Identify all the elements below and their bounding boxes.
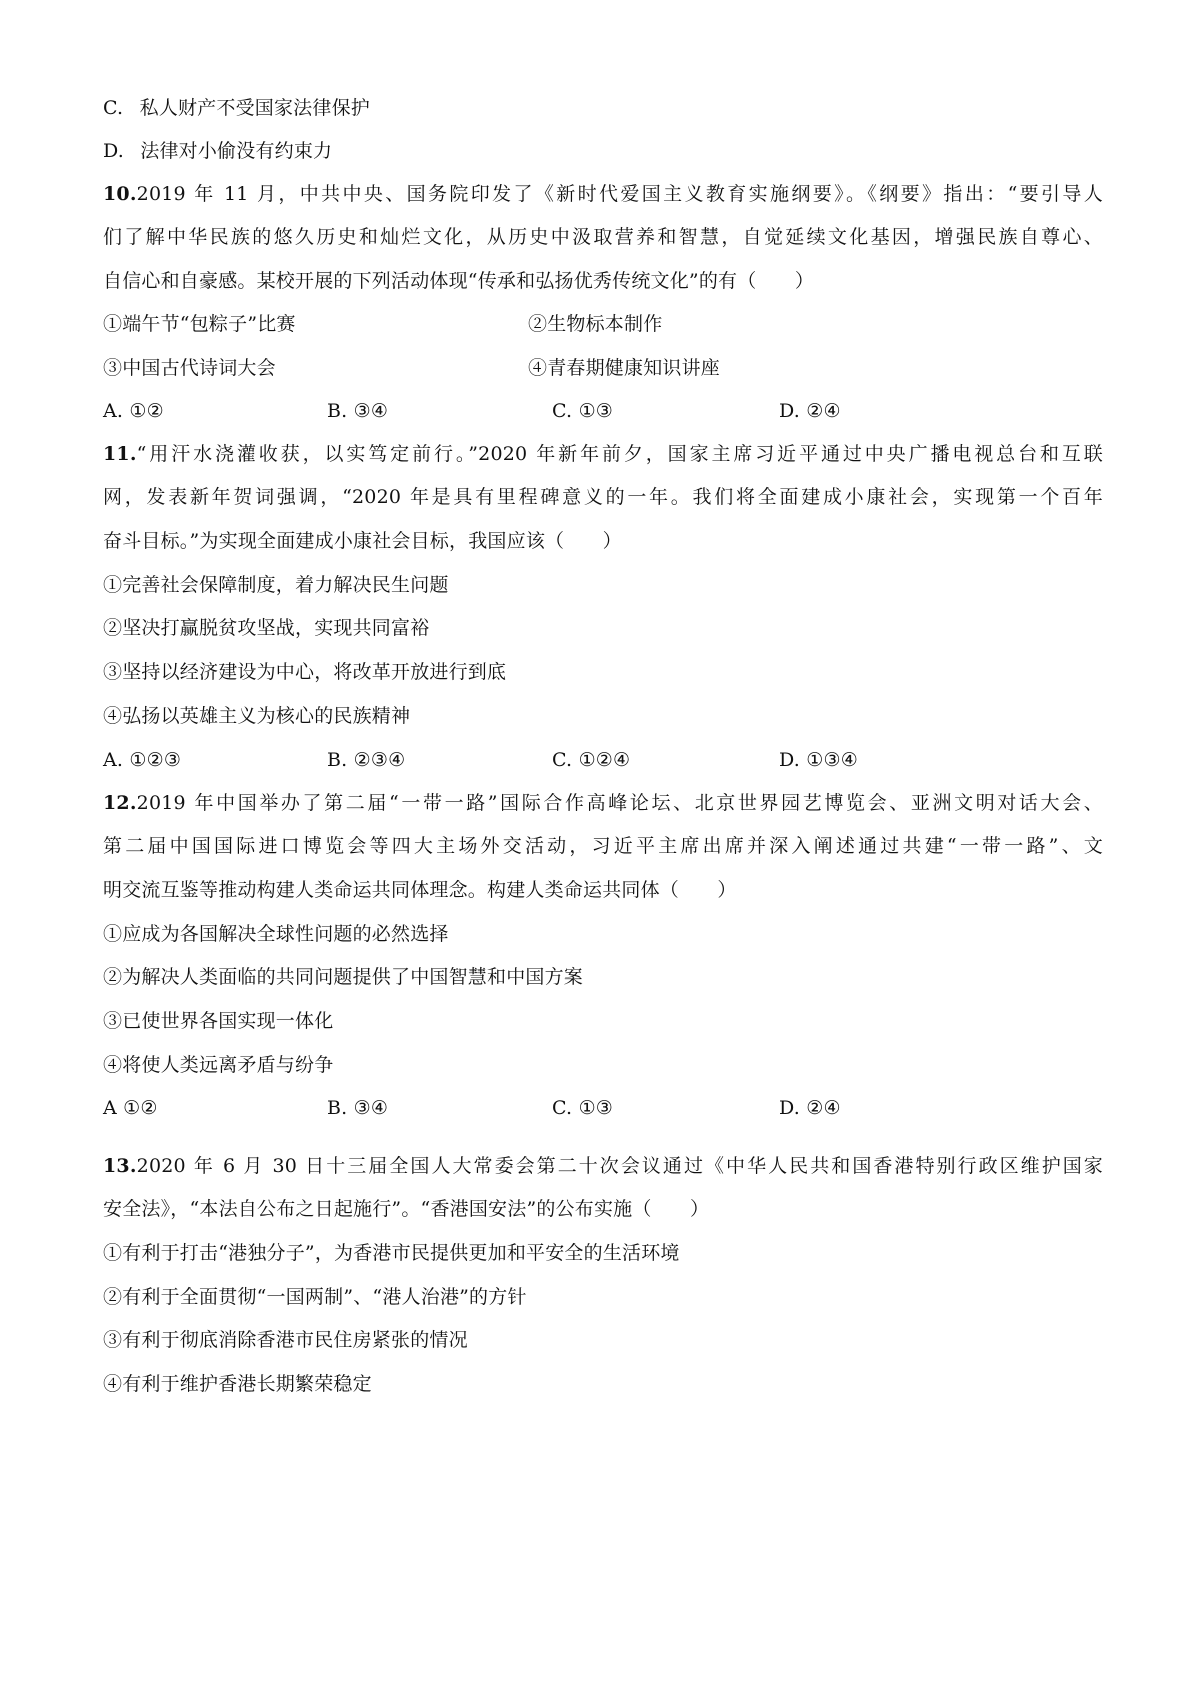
q12-choices: A ①② B. ③④ C. ①③ D. ②④ bbox=[103, 1095, 1103, 1121]
q12-stem-line-1: 12.2019 年中国举办了第二届“一带一路”国际合作高峰论坛、北京世界园艺博览… bbox=[103, 790, 1103, 816]
question-number: 12. bbox=[103, 792, 137, 814]
q11-choice-d[interactable]: D. ①③④ bbox=[779, 747, 858, 773]
q10-stem-line-1: 10.2019 年 11 月，中共中央、国务院印发了《新时代爱国主义教育实施纲要… bbox=[103, 181, 1103, 207]
q12-stem-line-3: 明交流互鉴等推动构建人类命运共同体理念。构建人类命运共同体（ ） bbox=[103, 877, 737, 903]
q12-item-1: ①应成为各国解决全球性问题的必然选择 bbox=[103, 921, 449, 947]
q13-stem-line-2: 安全法》，“本法自公布之日起施行”。“香港国安法”的公布实施（ ） bbox=[103, 1196, 709, 1222]
q10-stem-line-2: 们了解中华民族的悠久历史和灿烂文化，从历史中汲取营养和智慧，自觉延续文化基因，增… bbox=[103, 224, 1103, 250]
question-number: 13. bbox=[103, 1155, 137, 1177]
q10-item-2: ②生物标本制作 bbox=[528, 311, 662, 337]
q13-item-2: ②有利于全面贯彻“一国两制”、“港人治港”的方针 bbox=[103, 1284, 527, 1310]
q12-choice-c[interactable]: C. ①③ bbox=[552, 1095, 613, 1121]
question-number: 11. bbox=[103, 443, 137, 465]
q11-item-4: ④弘扬以英雄主义为核心的民族精神 bbox=[103, 703, 410, 729]
q10-item-4: ④青春期健康知识讲座 bbox=[528, 355, 720, 381]
option-label: D. bbox=[103, 140, 124, 162]
q13-item-4: ④有利于维护香港长期繁荣稳定 bbox=[103, 1371, 372, 1397]
q12-choice-a[interactable]: A ①② bbox=[103, 1095, 158, 1121]
option-label: C. bbox=[103, 97, 123, 119]
q13-stem-line-1: 13.2020 年 6 月 30 日十三届全国人大常委会第二十次会议通过《中华人… bbox=[103, 1153, 1103, 1179]
q12-choice-d[interactable]: D. ②④ bbox=[779, 1095, 841, 1121]
q11-choices: A. ①②③ B. ②③④ C. ①②④ D. ①③④ bbox=[103, 747, 1103, 773]
q11-item-3: ③坚持以经济建设为中心，将改革开放进行到底 bbox=[103, 659, 506, 685]
q10-items-row-1: ①端午节“包粽子”比赛 ②生物标本制作 bbox=[103, 311, 1103, 337]
q12-stem-line-2: 第二届中国国际进口博览会等四大主场外交活动，习近平主席出席并深入阐述通过共建“一… bbox=[103, 833, 1103, 859]
q13-item-1: ①有利于打击“港独分子”，为香港市民提供更加和平安全的生活环境 bbox=[103, 1240, 680, 1266]
stem-text: 2020 年 6 月 30 日十三届全国人大常委会第二十次会议通过《中华人民共和… bbox=[137, 1155, 1103, 1177]
question-number: 10. bbox=[103, 183, 137, 205]
option-text: 法律对小偷没有约束力 bbox=[140, 140, 332, 162]
q11-choice-b[interactable]: B. ②③④ bbox=[327, 747, 405, 773]
option-text: 私人财产不受国家法律保护 bbox=[140, 97, 370, 119]
q12-item-4: ④将使人类远离矛盾与纷争 bbox=[103, 1052, 333, 1078]
q10-item-1: ①端午节“包粽子”比赛 bbox=[103, 311, 296, 337]
q12-choice-b[interactable]: B. ③④ bbox=[327, 1095, 388, 1121]
q10-stem-line-3: 自信心和自豪感。某校开展的下列活动体现“传承和弘扬优秀传统文化”的有（ ） bbox=[103, 268, 814, 294]
q10-choice-c[interactable]: C. ①③ bbox=[552, 398, 613, 424]
stem-text: 2019 年 11 月，中共中央、国务院印发了《新时代爱国主义教育实施纲要》。《… bbox=[137, 183, 1103, 205]
stem-text: 2019 年中国举办了第二届“一带一路”国际合作高峰论坛、北京世界园艺博览会、亚… bbox=[137, 792, 1103, 814]
q10-item-3: ③中国古代诗词大会 bbox=[103, 355, 276, 381]
q12-item-3: ③已使世界各国实现一体化 bbox=[103, 1008, 333, 1034]
stem-text: “用汗水浇灌收获，以实笃定前行。”2020 年新年前夕，国家主席习近平通过中央广… bbox=[137, 443, 1103, 465]
q11-item-2: ②坚决打赢脱贫攻坚战，实现共同富裕 bbox=[103, 615, 429, 641]
q11-stem-line-3: 奋斗目标。”为实现全面建成小康社会目标，我国应该（ ） bbox=[103, 528, 622, 554]
q9-option-d: D. 法律对小偷没有约束力 bbox=[103, 138, 332, 164]
q12-item-2: ②为解决人类面临的共同问题提供了中国智慧和中国方案 bbox=[103, 964, 583, 990]
q11-choice-c[interactable]: C. ①②④ bbox=[552, 747, 630, 773]
q13-item-3: ③有利于彻底消除香港市民住房紧张的情况 bbox=[103, 1327, 468, 1353]
q11-item-1: ①完善社会保障制度，着力解决民生问题 bbox=[103, 572, 449, 598]
q10-choices: A. ①② B. ③④ C. ①③ D. ②④ bbox=[103, 398, 1103, 424]
q9-option-c: C. 私人财产不受国家法律保护 bbox=[103, 95, 370, 121]
q11-choice-a[interactable]: A. ①②③ bbox=[103, 747, 181, 773]
q10-items-row-2: ③中国古代诗词大会 ④青春期健康知识讲座 bbox=[103, 355, 1103, 381]
q10-choice-d[interactable]: D. ②④ bbox=[779, 398, 841, 424]
q11-stem-line-2: 网，发表新年贺词强调，“2020 年是具有里程碑意义的一年。我们将全面建成小康社… bbox=[103, 484, 1103, 510]
q10-choice-b[interactable]: B. ③④ bbox=[327, 398, 388, 424]
q11-stem-line-1: 11.“用汗水浇灌收获，以实笃定前行。”2020 年新年前夕，国家主席习近平通过… bbox=[103, 441, 1103, 467]
q10-choice-a[interactable]: A. ①② bbox=[103, 398, 164, 424]
